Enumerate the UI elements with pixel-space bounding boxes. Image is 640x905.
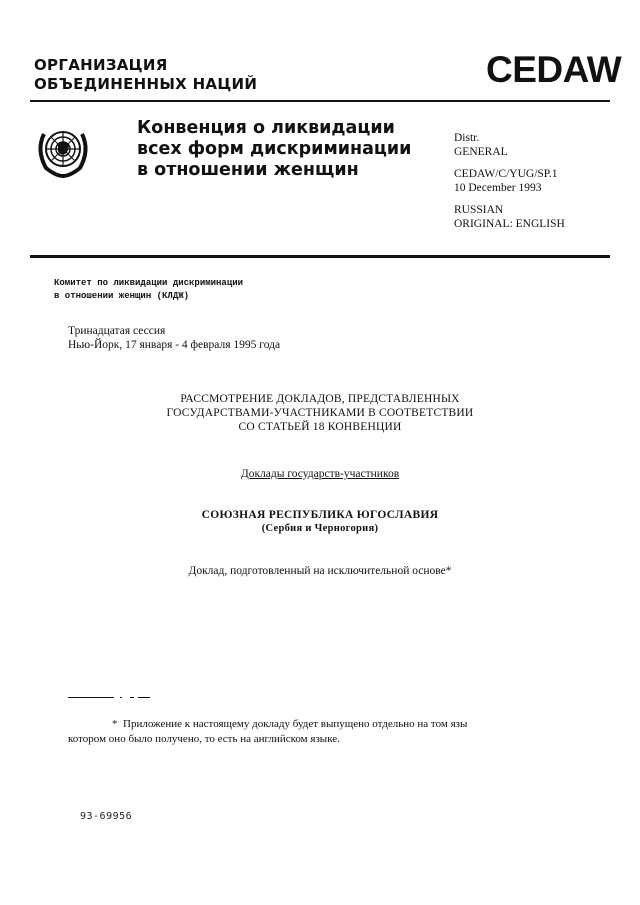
document-date: 10 December 1993 (454, 182, 565, 196)
country-title: СОЮЗНАЯ РЕСПУБЛИКА ЮГОСЛАВИЯ (Сербия и Ч… (130, 508, 510, 536)
agenda-heading-line-1: РАССМОТРЕНИЕ ДОКЛАДОВ, ПРЕДСТАВЛЕННЫХ (130, 392, 510, 406)
committee-line-1: Комитет по ликвидации дискриминации (54, 277, 243, 290)
distribution-value: GENERAL (454, 146, 565, 160)
footnote-line-2: котором оно было получено, то есть на ан… (68, 732, 568, 747)
organization-name: ОРГАНИЗАЦИЯ ОБЪЕДИНЕННЫХ НАЦИЙ (34, 56, 257, 94)
reports-subheading-text: Доклады государств-участников (241, 468, 399, 480)
prepared-note: Доклад, подготовленный на исключительной… (130, 564, 510, 578)
convention-title-line-2: всех форм дискриминации (137, 139, 411, 160)
organization-line-1: ОРГАНИЗАЦИЯ (34, 56, 257, 75)
session-place-dates: Нью-Йорк, 17 января - 4 февраля 1995 год… (68, 338, 280, 352)
document-number: 93-69956 (80, 811, 132, 822)
agenda-heading-line-3: СО СТАТЬЕЙ 18 КОНВЕНЦИИ (130, 420, 510, 434)
agenda-heading: РАССМОТРЕНИЕ ДОКЛАДОВ, ПРЕДСТАВЛЕННЫХ ГО… (130, 392, 510, 434)
footnote: * Приложение к настоящему докладу будет … (68, 717, 568, 747)
footnote-divider (68, 697, 150, 698)
original-language: ORIGINAL: ENGLISH (454, 218, 565, 232)
document-metadata: Distr. GENERAL CEDAW/C/YUG/SP.1 10 Decem… (454, 132, 565, 231)
convention-title: Конвенция о ликвидации всех форм дискрим… (137, 118, 411, 181)
metadata-divider (30, 255, 610, 258)
cedaw-acronym: CEDAW (486, 50, 621, 90)
committee-name: Комитет по ликвидации дискриминации в от… (54, 277, 243, 303)
country-name: СОЮЗНАЯ РЕСПУБЛИКА ЮГОСЛАВИЯ (130, 508, 510, 522)
document-symbol: CEDAW/C/YUG/SP.1 (454, 168, 565, 182)
distribution-label: Distr. (454, 132, 565, 146)
agenda-heading-line-2: ГОСУДАРСТВАМИ-УЧАСТНИКАМИ В СООТВЕТСТВИИ (130, 406, 510, 420)
session-name: Тринадцатая сессия (68, 324, 280, 338)
country-subtitle: (Сербия и Черногория) (130, 522, 510, 536)
session-info: Тринадцатая сессия Нью-Йорк, 17 января -… (68, 324, 280, 352)
committee-line-2: в отношении женщин (КЛДЖ) (54, 290, 243, 303)
convention-title-line-3: в отношении женщин (137, 160, 411, 181)
un-emblem-icon (32, 120, 94, 182)
document-language: RUSSIAN (454, 204, 565, 218)
footnote-marker: * (112, 718, 118, 730)
header-divider (30, 100, 610, 102)
organization-line-2: ОБЪЕДИНЕННЫХ НАЦИЙ (34, 75, 257, 94)
reports-subheading: Доклады государств-участников (130, 467, 510, 481)
convention-title-line-1: Конвенция о ликвидации (137, 118, 411, 139)
footnote-line-1: Приложение к настоящему докладу будет вы… (123, 718, 467, 730)
